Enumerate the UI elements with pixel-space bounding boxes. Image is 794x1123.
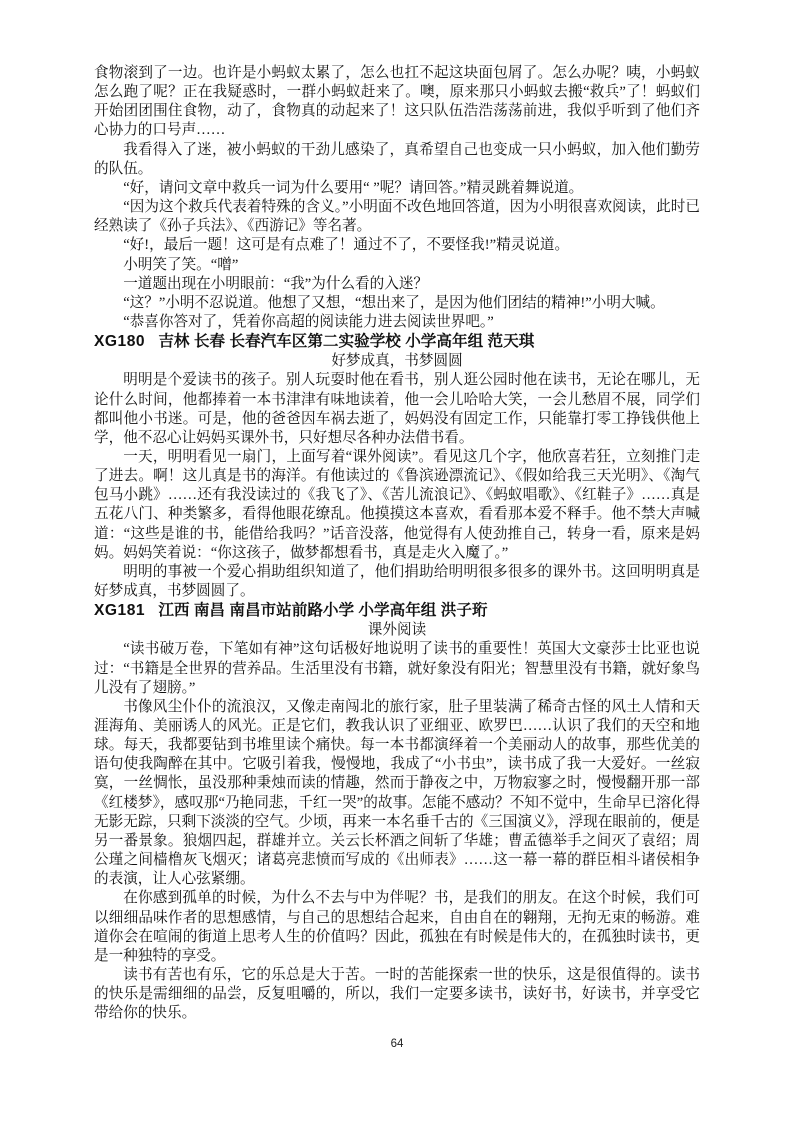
paragraph: 书像风尘仆仆的流浪汉，又像走南闯北的旅行家，肚子里装满了稀奇古怪的风土人情和天涯…: [94, 698, 700, 890]
paragraph: “好，请问文章中救兵一词为什么要用“ ”呢？请回答。”精灵跳着舞说道。: [94, 179, 700, 198]
entry-code: XG181: [94, 602, 145, 619]
paragraph: “恭喜你答对了，凭着你高超的阅读能力进去阅读世界吧。”: [94, 313, 700, 332]
page-number: 64: [0, 1038, 794, 1050]
paragraph: “因为这个救兵代表着特殊的含义。”小明面不改色地回答道，因为小明很喜欢阅读，此时…: [94, 198, 700, 236]
entry-heading-xg180: XG180吉林 长春 长春汽车区第二实验学校 小学高年组 范天琪: [94, 332, 700, 352]
entry-heading-xg181: XG181江西 南昌 南昌市站前路小学 小学高年组 洪子珩: [94, 601, 700, 621]
paragraph: 我看得入了迷，被小蚂蚁的干劲儿感染了，真希望自己也变成一只小蚂蚁，加入他们勤劳的…: [94, 141, 700, 179]
paragraph: “读书破万卷，下笔如有神”这句话极好地说明了读书的重要性！英国大文豪莎士比亚也说…: [94, 640, 700, 697]
entry-meta: 江西 南昌 南昌市站前路小学 小学高年组 洪子珩: [158, 602, 487, 619]
paragraph: 食物滚到了一边。也许是小蚂蚁太累了，怎么也扛不起这块面包屑了。怎么办呢？咦，小蚂…: [94, 64, 700, 141]
paragraph: 明明是个爱读书的孩子。别人玩耍时他在看书，别人逛公园时他在读书，无论在哪儿，无论…: [94, 371, 700, 448]
document-page: 食物滚到了一边。也许是小蚂蚁太累了，怎么也扛不起这块面包屑了。怎么办呢？咦，小蚂…: [0, 0, 794, 1123]
text-body: 食物滚到了一边。也许是小蚂蚁太累了，怎么也扛不起这块面包屑了。怎么办呢？咦，小蚂…: [94, 64, 700, 1024]
paragraph: “好!，最后一题！这可是有点难了！通过不了，不要怪我!”精灵说道。: [94, 236, 700, 255]
paragraph: 小明笑了笑。“噌”: [94, 256, 700, 275]
essay-title: 课外阅读: [94, 621, 700, 640]
entry-code: XG180: [94, 333, 145, 350]
essay-title: 好梦成真，书梦圆圆: [94, 352, 700, 371]
paragraph: “这？”小明不忍说道。他想了又想，“想出来了，是因为他们团结的精神!”小明大喊。: [94, 294, 700, 313]
paragraph: 明明的事被一个爱心捐助组织知道了，他们捐助给明明很多很多的课外书。这回明明真是好…: [94, 563, 700, 601]
paragraph: 一道题出现在小明眼前：“我”为什么看的入迷？: [94, 275, 700, 294]
paragraph: 读书有苦也有乐，它的乐总是大于苦。一时的苦能探索一世的快乐，这是很值得的。读书的…: [94, 966, 700, 1023]
paragraph: 在你感到孤单的时候，为什么不去与中为伴呢？书，是我们的朋友。在这个时候，我们可以…: [94, 889, 700, 966]
paragraph: 一天，明明看见一扇门，上面写着“课外阅读”。看见这几个字，他欣喜若狂，立刻推门走…: [94, 448, 700, 563]
entry-meta: 吉林 长春 长春汽车区第二实验学校 小学高年组 范天琪: [158, 333, 534, 350]
